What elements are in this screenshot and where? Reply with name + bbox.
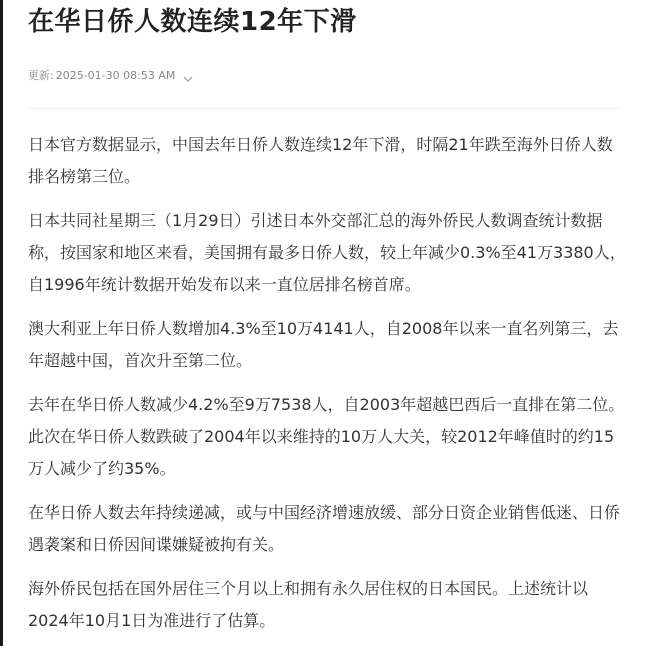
article-meta: 更新: 2025-01-30 08:53 AM [28,66,628,86]
paragraph: 日本官方数据显示，中国去年日侨人数连续12年下滑，时隔21年跌至海外日侨人数排名… [28,129,628,193]
paragraph: 海外侨民包括在国外居住三个月以上和拥有永久居住权的日本国民。上述统计以2024年… [28,573,628,637]
updated-time: 2025-01-30 08:53 AM [56,66,176,86]
updated-label: 更新: [28,66,54,86]
paragraph: 日本共同社星期三（1月29日）引述日本外交部汇总的海外侨民人数调查统计数据称，按… [28,205,628,301]
paragraph: 在华日侨人数去年持续递减，或与中国经济增速放缓、部分日资企业销售低迷、日侨遇袭案… [28,497,628,561]
chevron-down-icon[interactable] [183,71,193,81]
paragraph: 澳大利亚上年日侨人数增加4.3%至10万4141人，自2008年以来一直名列第三… [28,313,628,377]
divider [28,108,621,109]
article-title: 在华日侨人数连续12年下滑 [28,0,628,40]
article: 在华日侨人数连续12年下滑 更新: 2025-01-30 08:53 AM 日本… [28,0,628,646]
article-body: 日本官方数据显示，中国去年日侨人数连续12年下滑，时隔21年跌至海外日侨人数排名… [28,129,628,637]
window-left-edge [0,0,3,646]
paragraph: 去年在华日侨人数减少4.2%至9万7538人，自2003年超越巴西后一直排在第二… [28,389,628,485]
